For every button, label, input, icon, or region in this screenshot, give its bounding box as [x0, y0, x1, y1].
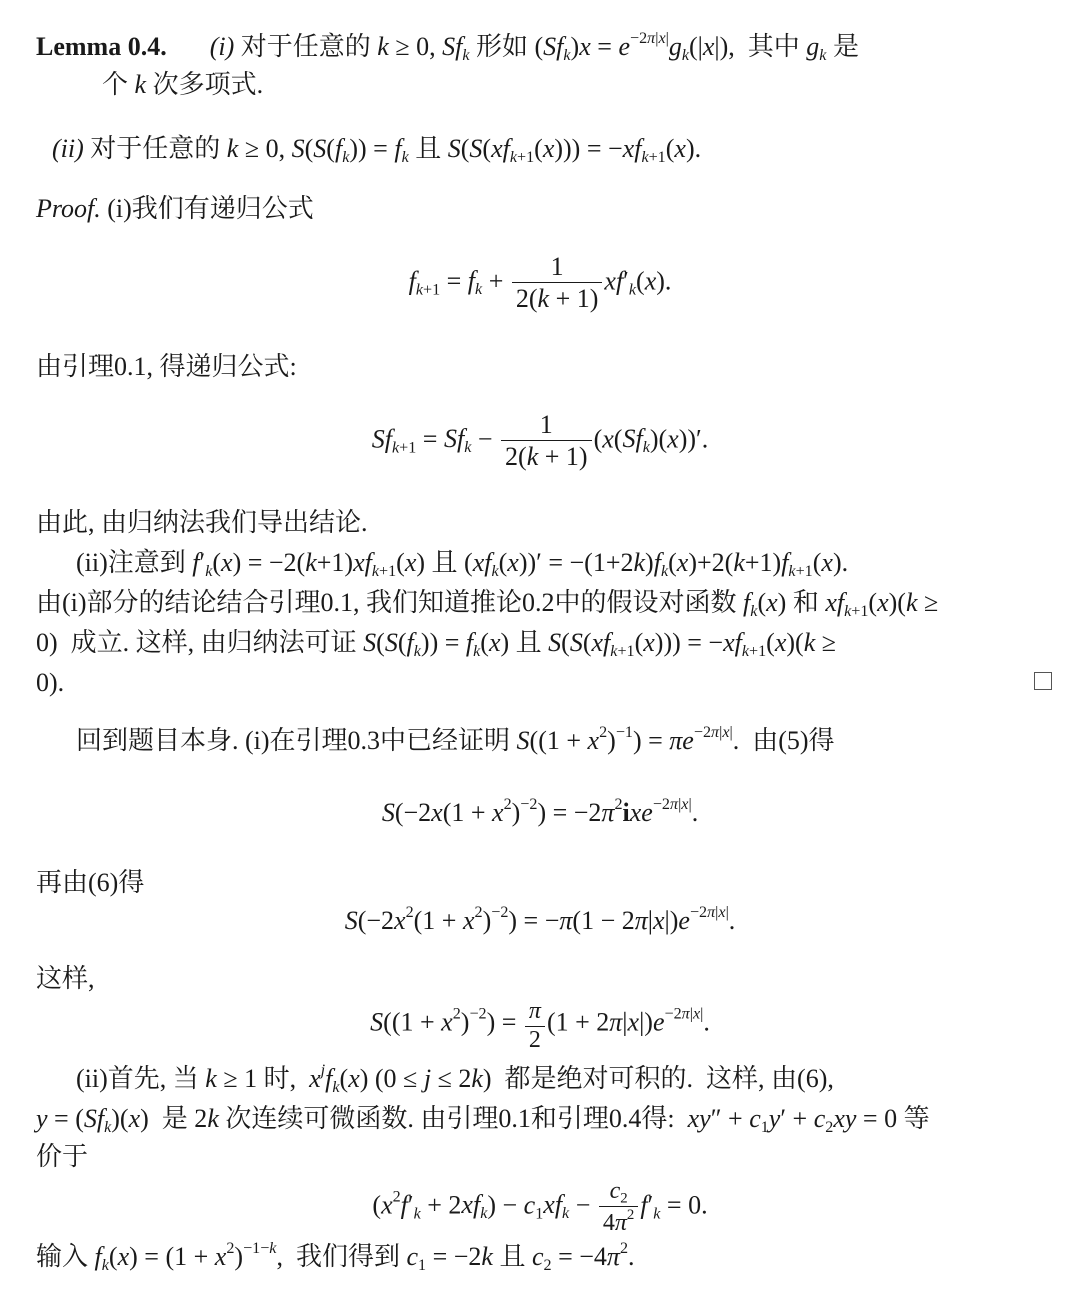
solution-ii-line1: (ii)首先, 当 k ≥ 1 时, xjfk(x) (0 ≤ j ≤ 2k) …: [76, 1062, 834, 1096]
equation-recursion-sfk: Sfk+1 = Sfk − 12(k + 1)(x(Sfk)(x))′.: [0, 410, 1080, 473]
equation-ode: (x2f′k + 2xfk) − c1xfk − c24π2f′k = 0.: [0, 1176, 1080, 1239]
proof-intro: Proof. (i)我们有递归公式: [36, 192, 314, 226]
solution-ii-line2: y = (Sfk)(x) 是 2k 次连续可微函数. 由引理0.1和引理0.4得…: [36, 1102, 930, 1136]
solution-text-by6: 再由(6)得: [36, 866, 144, 900]
proof-ii-line3: 0) 成立. 这样, 由归纳法可证 S(S(fk)) = fk(x) 且 S(S…: [36, 626, 836, 660]
equation-s-2x: S(−2x(1 + x2)−2) = −2π2ixe−2π|x|.: [0, 796, 1080, 830]
solution-ii-line3: 价于: [36, 1140, 88, 1174]
proof-ii-line4: 0).: [36, 666, 64, 700]
lemma-statement-i-cont: 个 k 次多项式.: [102, 68, 263, 102]
proof-label: Proof.: [36, 194, 101, 223]
part-i-label: (i): [210, 32, 235, 61]
proof-ii-line1: (ii)注意到 f′k(x) = −2(k+1)xfk+1(x) 且 (xfk(…: [76, 546, 848, 580]
part-i-math: 对于任意的 k ≥ 0, Sfk 形如 (Sfk)x = e−2π|x|gk(|…: [241, 32, 859, 61]
qed-box-icon: [1034, 672, 1052, 690]
equation-s-2x2: S(−2x2(1 + x2)−2) = −π(1 − 2π|x|)e−2π|x|…: [0, 904, 1080, 938]
proof-text-induction: 由此, 由归纳法我们导出结论.: [36, 506, 368, 540]
proof-text-lemma01: 由引理0.1, 得递归公式:: [36, 350, 297, 384]
solution-line1: 回到题目本身. (i)在引理0.3中已经证明 S((1 + x2)−1) = π…: [76, 724, 835, 758]
solution-final: 输入 fk(x) = (1 + x2)−1−k, 我们得到 c1 = −2k 且…: [36, 1240, 635, 1274]
lemma-statement-ii: (ii) 对于任意的 k ≥ 0, S(S(fk)) = fk 且 S(S(xf…: [52, 132, 701, 166]
lemma-title: Lemma 0.4.: [36, 32, 167, 61]
proof-ii-line2: 由(i)部分的结论结合引理0.1, 我们知道推论0.2中的假设对函数 fk(x)…: [36, 586, 938, 620]
part-ii-math: 对于任意的 k ≥ 0, S(S(fk)) = fk 且 S(S(xfk+1(x…: [90, 134, 701, 163]
lemma-statement-i: Lemma 0.4. (i) 对于任意的 k ≥ 0, Sfk 形如 (Sfk)…: [36, 30, 859, 64]
equation-recursion-fk: fk+1 = fk + 12(k + 1)xf′k(x).: [0, 252, 1080, 315]
proof-intro-text: (i)我们有递归公式: [107, 194, 314, 223]
equation-s-result: S((1 + x2)−2) = π2(1 + 2π|x|)e−2π|x|.: [0, 996, 1080, 1053]
solution-text-thus: 这样,: [36, 962, 95, 996]
part-ii-label: (ii): [52, 134, 84, 163]
